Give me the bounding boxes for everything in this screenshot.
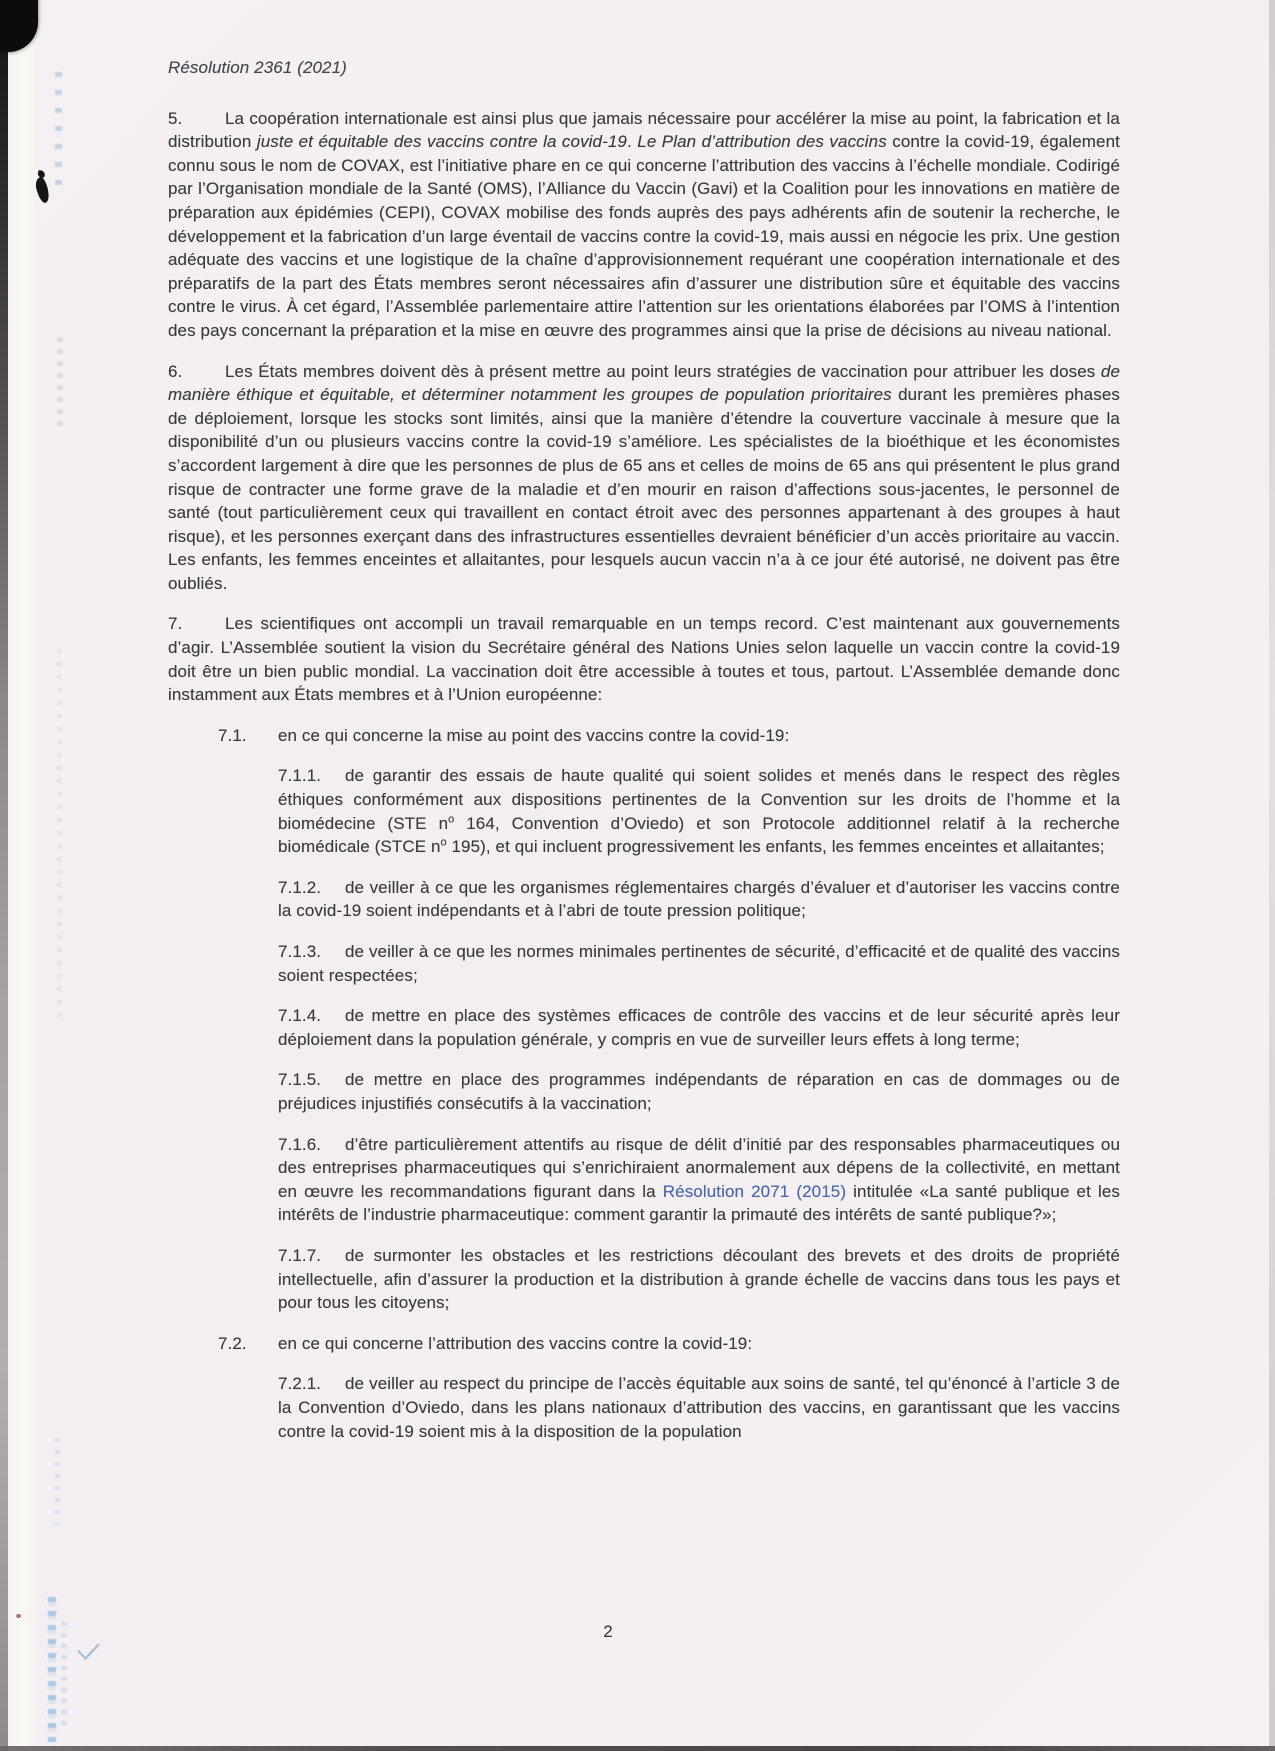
ink-speck [16, 1614, 21, 1618]
clause-7-1-3: 7.1.3.de veiller à ce que les normes min… [278, 940, 1120, 987]
clause-7-1-7: 7.1.7.de surmonter les obstacles et les … [278, 1244, 1120, 1315]
clause-number: 7.1.6. [278, 1133, 345, 1157]
scan-right-edge [1269, 0, 1275, 1751]
clause-text: en ce qui concerne la mise au point des … [278, 726, 789, 745]
pen-scribble-artifact [48, 1592, 56, 1742]
clause-7-2-1: 7.2.1.de veiller au respect du principe … [278, 1372, 1120, 1443]
clause-7-1-5: 7.1.5.de mettre en place des programmes … [278, 1068, 1120, 1115]
clause-number: 7.2. [218, 1332, 278, 1356]
clause-text: en ce qui concerne l’attribution des vac… [278, 1334, 752, 1353]
scan-bottom-edge [0, 1746, 1275, 1751]
clause-text: de veiller à ce que les normes minimales… [278, 942, 1120, 985]
clause-number: 7.1.2. [278, 876, 345, 900]
clause-text: de veiller au respect du principe de l’a… [278, 1374, 1120, 1440]
clause-text: de mettre en place des systèmes efficace… [278, 1006, 1120, 1049]
italic-emphasis: Le Plan d’attribution des vaccins [637, 132, 887, 151]
page-number: 2 [168, 1622, 1048, 1642]
scanned-page: Résolution 2361 (2021) 5.La coopération … [0, 0, 1275, 1751]
italic-emphasis: juste et équitable des vaccins contre la… [257, 132, 627, 151]
clause-7-2: 7.2.en ce qui concerne l’attribution des… [218, 1332, 1120, 1356]
paragraph-text-segment: Les scientifiques ont accompli un travai… [168, 614, 1120, 704]
clause-text: de mettre en place des programmes indépe… [278, 1070, 1120, 1113]
paragraph-text-segment: Les États membres doivent dès à présent … [225, 362, 1101, 381]
clause-7-1-4: 7.1.4.de mettre en place des systèmes ef… [278, 1004, 1120, 1051]
paragraph-number: 6. [168, 360, 225, 384]
clause-number: 7.2.1. [278, 1372, 345, 1396]
clause-7-1-6: 7.1.6.d’être particulièrement attentifs … [278, 1133, 1120, 1227]
paragraph-text-segment: durant les premières phases de déploieme… [168, 385, 1120, 593]
document-header: Résolution 2361 (2021) [168, 56, 1120, 80]
clause-7-1-2: 7.1.2.de veiller à ce que les organismes… [278, 876, 1120, 923]
pen-scribble-artifact [57, 330, 63, 430]
clause-number: 7.1.7. [278, 1244, 345, 1268]
pen-scribble-artifact [55, 1430, 60, 1525]
clause-number: 7.1.3. [278, 940, 345, 964]
pen-scribble-artifact [57, 640, 62, 1020]
resolution-2071-link[interactable]: Résolution 2071 (2015) [663, 1182, 846, 1201]
clause-number: 7.1.4. [278, 1004, 345, 1028]
document-content: Résolution 2361 (2021) 5.La coopération … [168, 56, 1120, 1460]
paragraph-text-segment: . [627, 132, 637, 151]
scan-margin-strip [8, 0, 38, 1751]
clause-number: 7.1.5. [278, 1068, 345, 1092]
scan-left-edge [0, 0, 8, 1751]
paragraph-text-segment: contre la covid-19, également connu sous… [168, 132, 1120, 340]
clause-text: de surmonter les obstacles et les restri… [278, 1246, 1120, 1312]
paragraph-number: 7. [168, 612, 225, 636]
clause-7-1-1: 7.1.1.de garantir des essais de haute qu… [278, 764, 1120, 858]
paragraph-number: 5. [168, 107, 225, 131]
paragraph-7: 7.Les scientifiques ont accompli un trav… [168, 612, 1120, 706]
clause-7-1: 7.1.en ce qui concerne la mise au point … [218, 724, 1120, 748]
pen-scribble-artifact [55, 66, 62, 198]
clause-text: de veiller à ce que les organismes régle… [278, 878, 1120, 921]
checkmark-scribble [77, 1636, 99, 1660]
paragraph-6: 6.Les États membres doivent dès à présen… [168, 360, 1120, 596]
clause-text: 195), et qui incluent progressivement le… [447, 837, 1105, 856]
paragraph-5: 5.La coopération internationale est ains… [168, 107, 1120, 343]
clause-number: 7.1. [218, 724, 278, 748]
pen-scribble-artifact [61, 1615, 67, 1727]
clause-number: 7.1.1. [278, 764, 345, 788]
